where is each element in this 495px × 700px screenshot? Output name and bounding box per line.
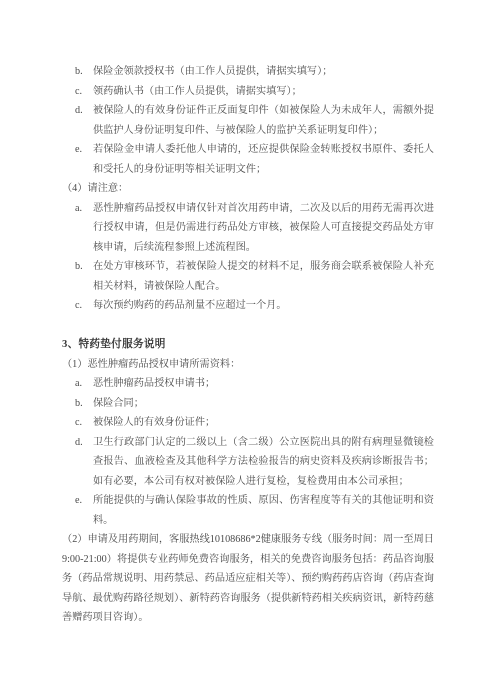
list-item-text: 被保险人的有效身份证件正反面复印件（如被保险人为未成年人，需额外提供监护人身份证… xyxy=(93,105,434,136)
list-item-text: 每次预约购药的药品剂量不应超过一个月。 xyxy=(93,300,287,311)
doc-paragraph: （4）请注意： xyxy=(62,179,434,199)
list-item-text: 被保险人的有效身份证件； xyxy=(93,417,215,428)
doc-list-item: a.恶性肿瘤药品授权申请仅针对首次用药申请，二次及以后的用药无需再次进行授权申请… xyxy=(62,199,434,258)
doc-paragraph: （1）恶性肿瘤药品授权申请所需资料： xyxy=(62,355,434,375)
list-item-marker: c. xyxy=(75,413,82,433)
doc-list-item: b.在处方审核环节，若被保险人提交的材料不足，服务商会联系被保险人补充相关材料，… xyxy=(62,257,434,296)
list-item-marker: c. xyxy=(75,296,82,316)
list-item-text: 在处方审核环节，若被保险人提交的材料不足，服务商会联系被保险人补充相关材料，请被… xyxy=(93,261,434,292)
list-item-text: 卫生行政部门认定的二级以上（含二级）公立医院出具的附有病理显微镜检查报告、血液检… xyxy=(93,437,434,487)
list-item-marker: b. xyxy=(75,62,83,82)
list-item-marker: a. xyxy=(75,374,82,394)
doc-list-item: b.保险金领款授权书（由工作人员提供，请据实填写）； xyxy=(62,62,434,82)
list-item-text: 恶性肿瘤药品授权申请仅针对首次用药申请，二次及以后的用药无需再次进行授权申请，但… xyxy=(93,203,434,253)
doc-list-item: a.恶性肿瘤药品授权申请书； xyxy=(62,374,434,394)
list-item-text: 所能提供的与确认保险事故的性质、原因、伤害程度等有关的其他证明和资料。 xyxy=(93,495,434,526)
list-item-text: 领药确认书（由工作人员提供，请据实填写）； xyxy=(93,86,302,97)
list-item-text: 恶性肿瘤药品授权申请书； xyxy=(93,378,215,389)
doc-list-item: c.被保险人的有效身份证件； xyxy=(62,413,434,433)
document-content: b.保险金领款授权书（由工作人员提供，请据实填写）；c.领药确认书（由工作人员提… xyxy=(62,62,434,628)
doc-list-item: d.被保险人的有效身份证件正反面复印件（如被保险人为未成年人，需额外提供监护人身… xyxy=(62,101,434,140)
document-page: b.保险金领款授权书（由工作人员提供，请据实填写）；c.领药确认书（由工作人员提… xyxy=(0,0,495,700)
list-item-marker: c. xyxy=(75,82,82,102)
list-item-marker: e. xyxy=(75,491,82,511)
doc-paragraph: （2）申请及用药期间，客服热线10108686*2健康服务专线（服务时间：周一至… xyxy=(62,530,434,628)
list-item-marker: d. xyxy=(75,101,83,121)
doc-heading: 3、特药垫付服务说明 xyxy=(62,335,434,355)
list-item-marker: d. xyxy=(75,433,83,453)
doc-list-item: e.若保险金申请人委托他人申请的，还应提供保险金转账授权书原件、委托人和受托人的… xyxy=(62,140,434,179)
doc-list-item: c.领药确认书（由工作人员提供，请据实填写）； xyxy=(62,82,434,102)
list-item-marker: a. xyxy=(75,199,82,219)
doc-list-item: b.保险合同； xyxy=(62,394,434,414)
list-item-text: 保险金领款授权书（由工作人员提供，请据实填写）； xyxy=(93,66,332,77)
doc-list-item: d.卫生行政部门认定的二级以上（含二级）公立医院出具的附有病理显微镜检查报告、血… xyxy=(62,433,434,492)
list-item-marker: e. xyxy=(75,140,82,160)
list-item-marker: b. xyxy=(75,394,83,414)
doc-list-item: c.每次预约购药的药品剂量不应超过一个月。 xyxy=(62,296,434,316)
list-item-marker: b. xyxy=(75,257,83,277)
doc-list-item: e.所能提供的与确认保险事故的性质、原因、伤害程度等有关的其他证明和资料。 xyxy=(62,491,434,530)
list-item-text: 若保险金申请人委托他人申请的，还应提供保险金转账授权书原件、委托人和受托人的身份… xyxy=(93,144,434,175)
list-item-text: 保险合同； xyxy=(93,398,144,409)
